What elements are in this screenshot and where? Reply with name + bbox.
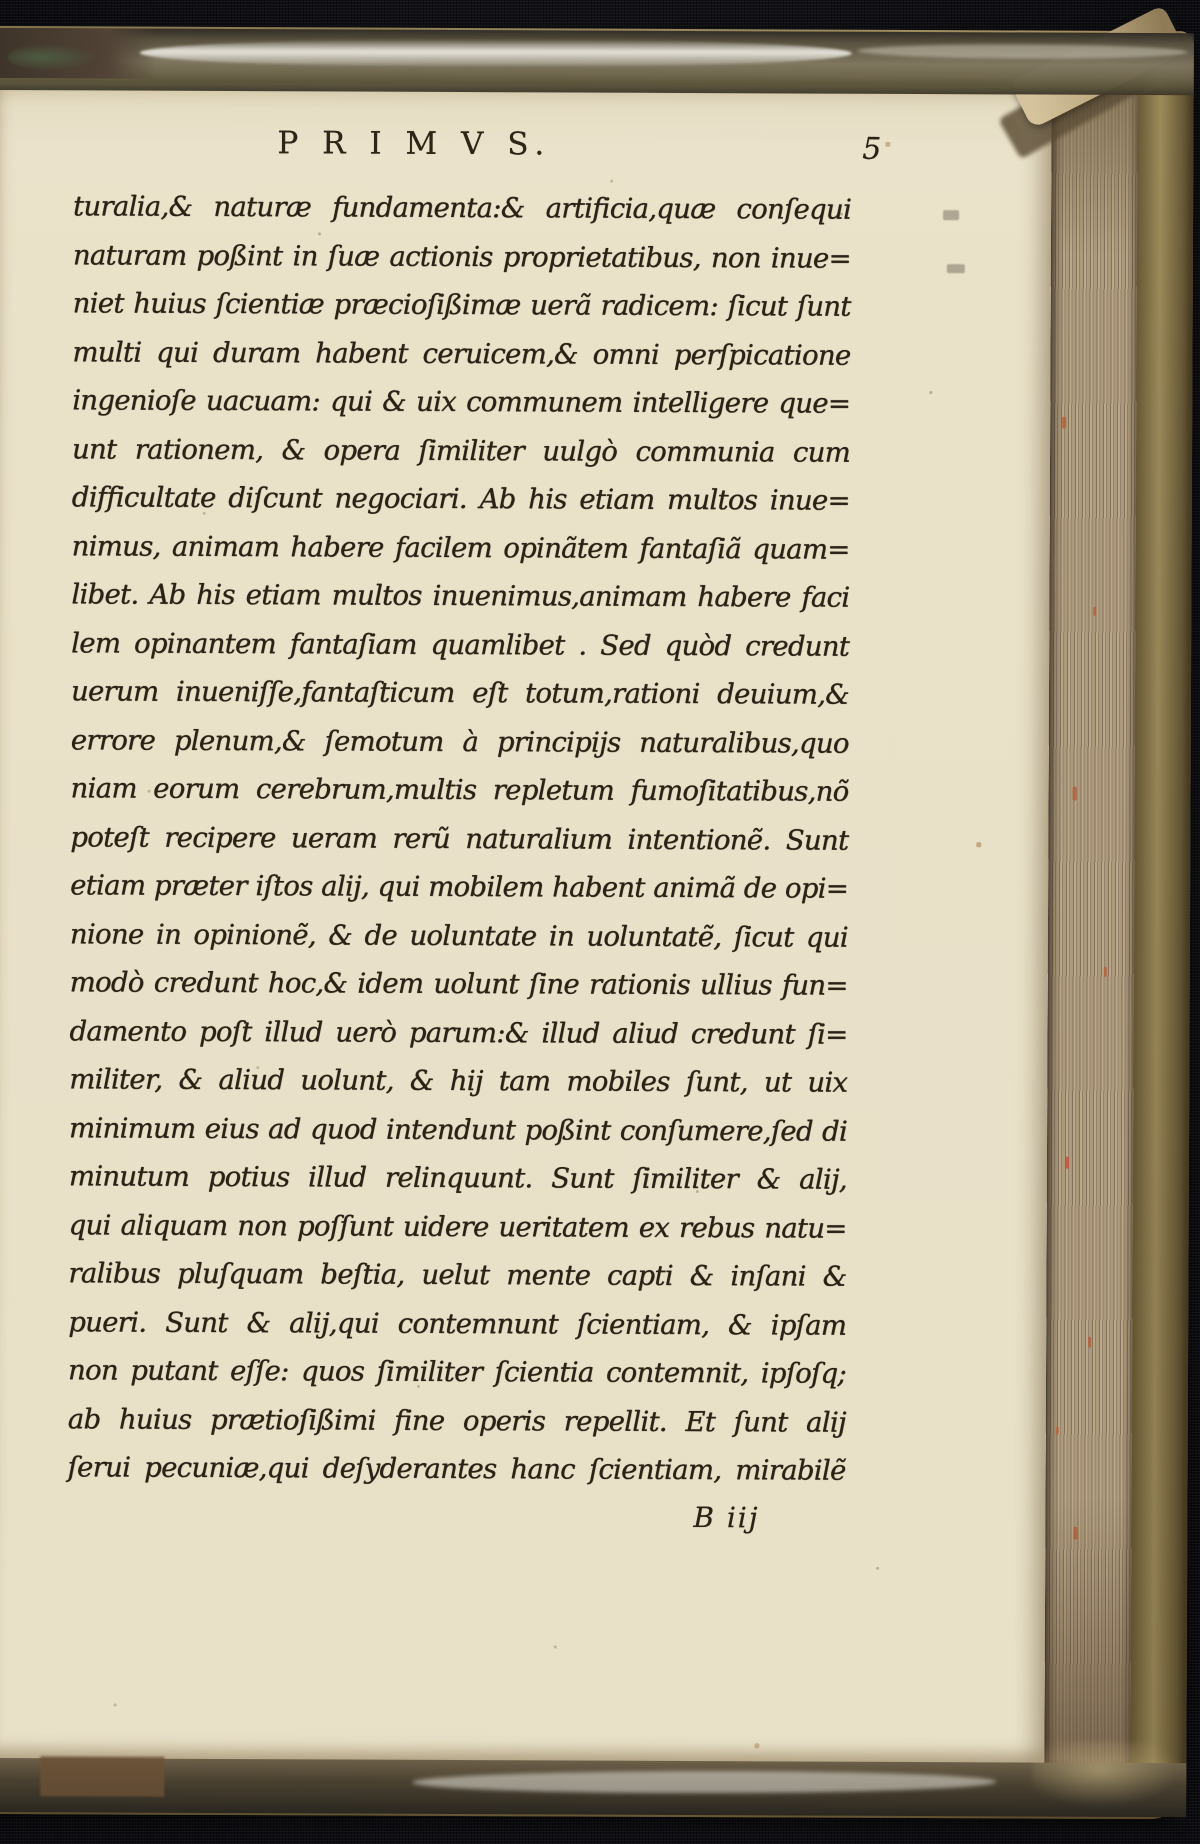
scan-background: P R I M V S. 5 turalia,& naturæ fundamen… <box>0 0 1200 1844</box>
running-title: P R I M V S. <box>73 124 851 163</box>
text-line: nione in opinionẽ, & de uoluntate in uol… <box>70 910 848 962</box>
fore-edge-fleck <box>1093 607 1096 616</box>
page-number: 5 <box>862 132 881 167</box>
fore-edge-fleck <box>1104 967 1107 977</box>
fore-edge-fleck <box>1062 417 1066 429</box>
text-line: libet. Ab his etiam multos inuenimus,ani… <box>71 570 849 622</box>
ink-smudge <box>947 264 965 273</box>
fore-edge-fleck <box>1088 1337 1091 1348</box>
text-line: multi qui duram habent ceruicem,& omni p… <box>72 328 850 380</box>
text-line: militer, & aliud uolunt, & hij tam mobil… <box>69 1055 847 1107</box>
page-header: P R I M V S. 5 <box>73 124 851 173</box>
text-line: lem opinantem fantaſiam quamlibet . Sed … <box>71 619 849 671</box>
text-line: damento poſt illud uerò parum:& illud al… <box>69 1007 847 1059</box>
text-line: errore plenum,& ſemotum à principijs nat… <box>71 716 849 768</box>
text-line: niam eorum cerebrum,multis repletum fumo… <box>70 764 848 816</box>
fore-edge-fleck <box>1073 787 1077 801</box>
text-line: unt rationem, & opera ſimiliter uulgò co… <box>72 425 850 477</box>
text-line: ab huius prætioſißimi fine operis repell… <box>68 1395 846 1447</box>
text-line: uerum inueniſſe,fantaſticum eſt totum,ra… <box>71 667 849 719</box>
text-line: ralibus pluſquam beſtia, uelut mente cap… <box>68 1249 846 1301</box>
text-line: turalia,& naturæ fundamenta:& artificia,… <box>73 182 851 234</box>
book: P R I M V S. 5 turalia,& naturæ fundamen… <box>0 0 1200 1844</box>
cover-corner-highlight <box>1032 1741 1182 1808</box>
text-line: nimus, animam habere facilem opinãtem fa… <box>72 522 850 574</box>
fore-edge-pages <box>1042 87 1137 1767</box>
mylar-shine <box>140 40 852 67</box>
text-line: niet huius ſcientiæ præcioſißimæ uerã ra… <box>73 279 851 331</box>
text-line: difficultate diſcunt negociari. Ab his e… <box>72 473 850 525</box>
text-line: modò credunt hoc,& idem uolunt ſine rati… <box>70 958 848 1010</box>
text-line: naturam poßint in ſuæ actionis proprieta… <box>73 231 851 283</box>
green-fleck <box>8 44 94 70</box>
text-line: minimum eius ad quod intendunt poßint co… <box>69 1104 847 1156</box>
book-page: P R I M V S. 5 turalia,& naturæ fundamen… <box>0 82 1052 1765</box>
text-line: minutum potius illud relinquunt. Sunt ſi… <box>69 1152 847 1204</box>
text-line: ſerui pecuniæ,qui deſyderantes hanc ſcie… <box>67 1443 845 1495</box>
text-block: turalia,& naturæ fundamenta:& artificia,… <box>67 182 851 1495</box>
fore-edge-fleck <box>1073 1527 1077 1540</box>
fore-edge-fleck <box>1056 1427 1059 1435</box>
signature-mark: B iij <box>693 1501 759 1534</box>
ink-smudge <box>943 210 959 220</box>
text-line: pueri. Sunt & alij,qui contemnunt ſcient… <box>68 1298 846 1350</box>
text-line: ingenioſe uacuam: qui & uix communem int… <box>72 376 850 428</box>
text-line: poteſt recipere ueram rerũ naturalium in… <box>70 813 848 865</box>
text-line: etiam præter iſtos alij, qui mobilem hab… <box>70 861 848 913</box>
text-line: non putant eſſe: quos ſimiliter ſcientia… <box>68 1346 846 1398</box>
mylar-brown-patch <box>40 1756 164 1797</box>
text-line: qui aliquam non poſſunt uidere ueritatem… <box>69 1201 847 1253</box>
fore-edge-fleck <box>1065 1157 1069 1169</box>
